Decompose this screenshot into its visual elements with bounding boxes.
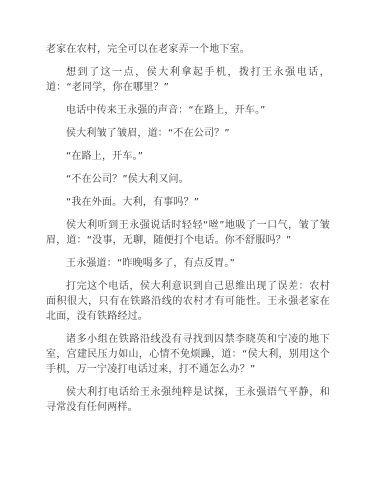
page-content: 老家在农村，完全可以在老家弄一个地下室。想到了这一点，侯大利拿起手机，拨打王永强… (46, 42, 330, 415)
paragraph-6: “不在公司？”侯大利又问。 (46, 172, 330, 187)
paragraph-5: “在路上，开车。” (46, 149, 330, 164)
paragraph-2: 想到了这一点，侯大利拿起手机，拨打王永强电话，道：“老同学，你在哪里？” (46, 65, 330, 95)
paragraph-4: 侯大利皱了皱眉，道：“不在公司？” (46, 126, 330, 141)
paragraph-8: 侯大利听到王永强说话时轻轻“咝”地吸了一口气，皱了皱眉，道：“没事，无聊，随便打… (46, 218, 330, 248)
paragraph-1: 老家在农村，完全可以在老家弄一个地下室。 (46, 42, 330, 57)
paragraph-10: 打完这个电话，侯大利意识到自己思维出现了误差：农村面积很大，只有在铁路沿线的农村… (46, 279, 330, 324)
reader-page: 老家在农村，完全可以在老家弄一个地下室。想到了这一点，侯大利拿起手机，拨打王永强… (0, 0, 370, 480)
paragraph-3: 电话中传来王永强的声音：“在路上，开车。” (46, 103, 330, 118)
paragraph-9: 王永强道：“昨晚喝多了，有点反胃。” (46, 256, 330, 271)
paragraph-11: 诸多小组在铁路沿线没有寻找到囚禁李晓英和宁凌的地下室，宫建民压力如山，心情不免烦… (46, 332, 330, 377)
paragraph-12: 侯大利打电话给王永强纯粹是试探，王永强语气平静，和寻常没有任何两样。 (46, 385, 330, 415)
paragraph-7: “我在外面。大利，有事吗？” (46, 195, 330, 210)
